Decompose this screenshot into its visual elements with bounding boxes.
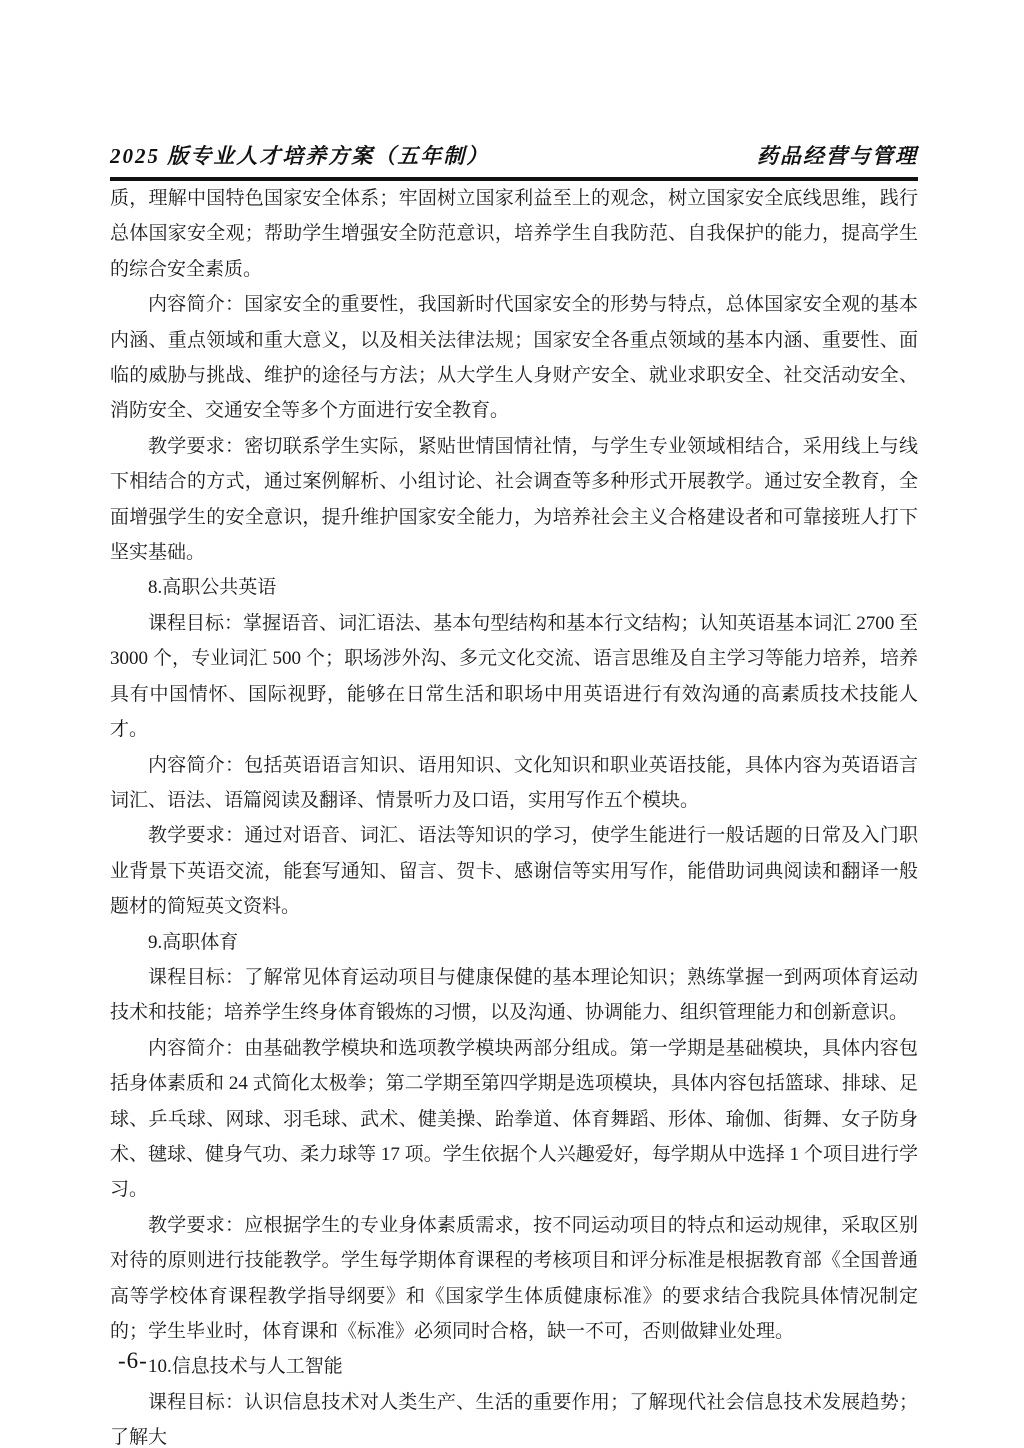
page-header: 2025 版专业人才培养方案（五年制） 药品经营与管理 <box>110 140 918 181</box>
paragraph-pe-content: 内容简介：由基础教学模块和选项教学模块两部分组成。第一学期是基础模块，具体内容包… <box>110 1031 918 1208</box>
paragraph-pe-teaching: 教学要求：应根据学生的专业身体素质需求，按不同运动项目的特点和运动规律，采取区别… <box>110 1208 918 1350</box>
paragraph-pe-goal: 课程目标：了解常见体育运动项目与健康保健的基本理论知识；熟练掌握一到两项体育运动… <box>110 960 918 1031</box>
page-number: -6- <box>118 1348 148 1374</box>
paragraph-english-goal: 课程目标：掌握语音、词汇语法、基本句型结构和基本行文结构；认知英语基本词汇 27… <box>110 606 918 748</box>
paragraph-english-content: 内容简介：包括英语语言知识、语用知识、文化知识和职业英语技能，具体内容为英语语言… <box>110 748 918 819</box>
section-heading-english: 8.高职公共英语 <box>110 570 918 605</box>
paragraph-national-security-content: 内容简介：国家安全的重要性，我国新时代国家安全的形势与特点，总体国家安全观的基本… <box>110 287 918 429</box>
document-page: 2025 版专业人才培养方案（五年制） 药品经营与管理 质，理解中国特色国家安全… <box>0 0 1024 1448</box>
paragraph-english-teaching: 教学要求：通过对语音、词汇、语法等知识的学习，使学生能进行一般话题的日常及入门职… <box>110 818 918 924</box>
section-heading-pe: 9.高职体育 <box>110 925 918 960</box>
document-body: 质，理解中国特色国家安全体系；牢固树立国家利益至上的观念，树立国家安全底线思维，… <box>110 181 918 1448</box>
header-left-title: 2025 版专业人才培养方案（五年制） <box>110 140 489 170</box>
header-right-title: 药品经营与管理 <box>757 140 918 170</box>
paragraph-national-security-teaching: 教学要求：密切联系学生实际，紧贴世情国情社情，与学生专业领域相结合，采用线上与线… <box>110 429 918 571</box>
paragraph-national-security-goal-continued: 质，理解中国特色国家安全体系；牢固树立国家利益至上的观念，树立国家安全底线思维，… <box>110 181 918 287</box>
section-heading-it-ai: 10.信息技术与人工智能 <box>110 1349 918 1384</box>
paragraph-it-ai-goal: 课程目标：认识信息技术对人类生产、生活的重要作用；了解现代社会信息技术发展趋势；… <box>110 1385 918 1448</box>
